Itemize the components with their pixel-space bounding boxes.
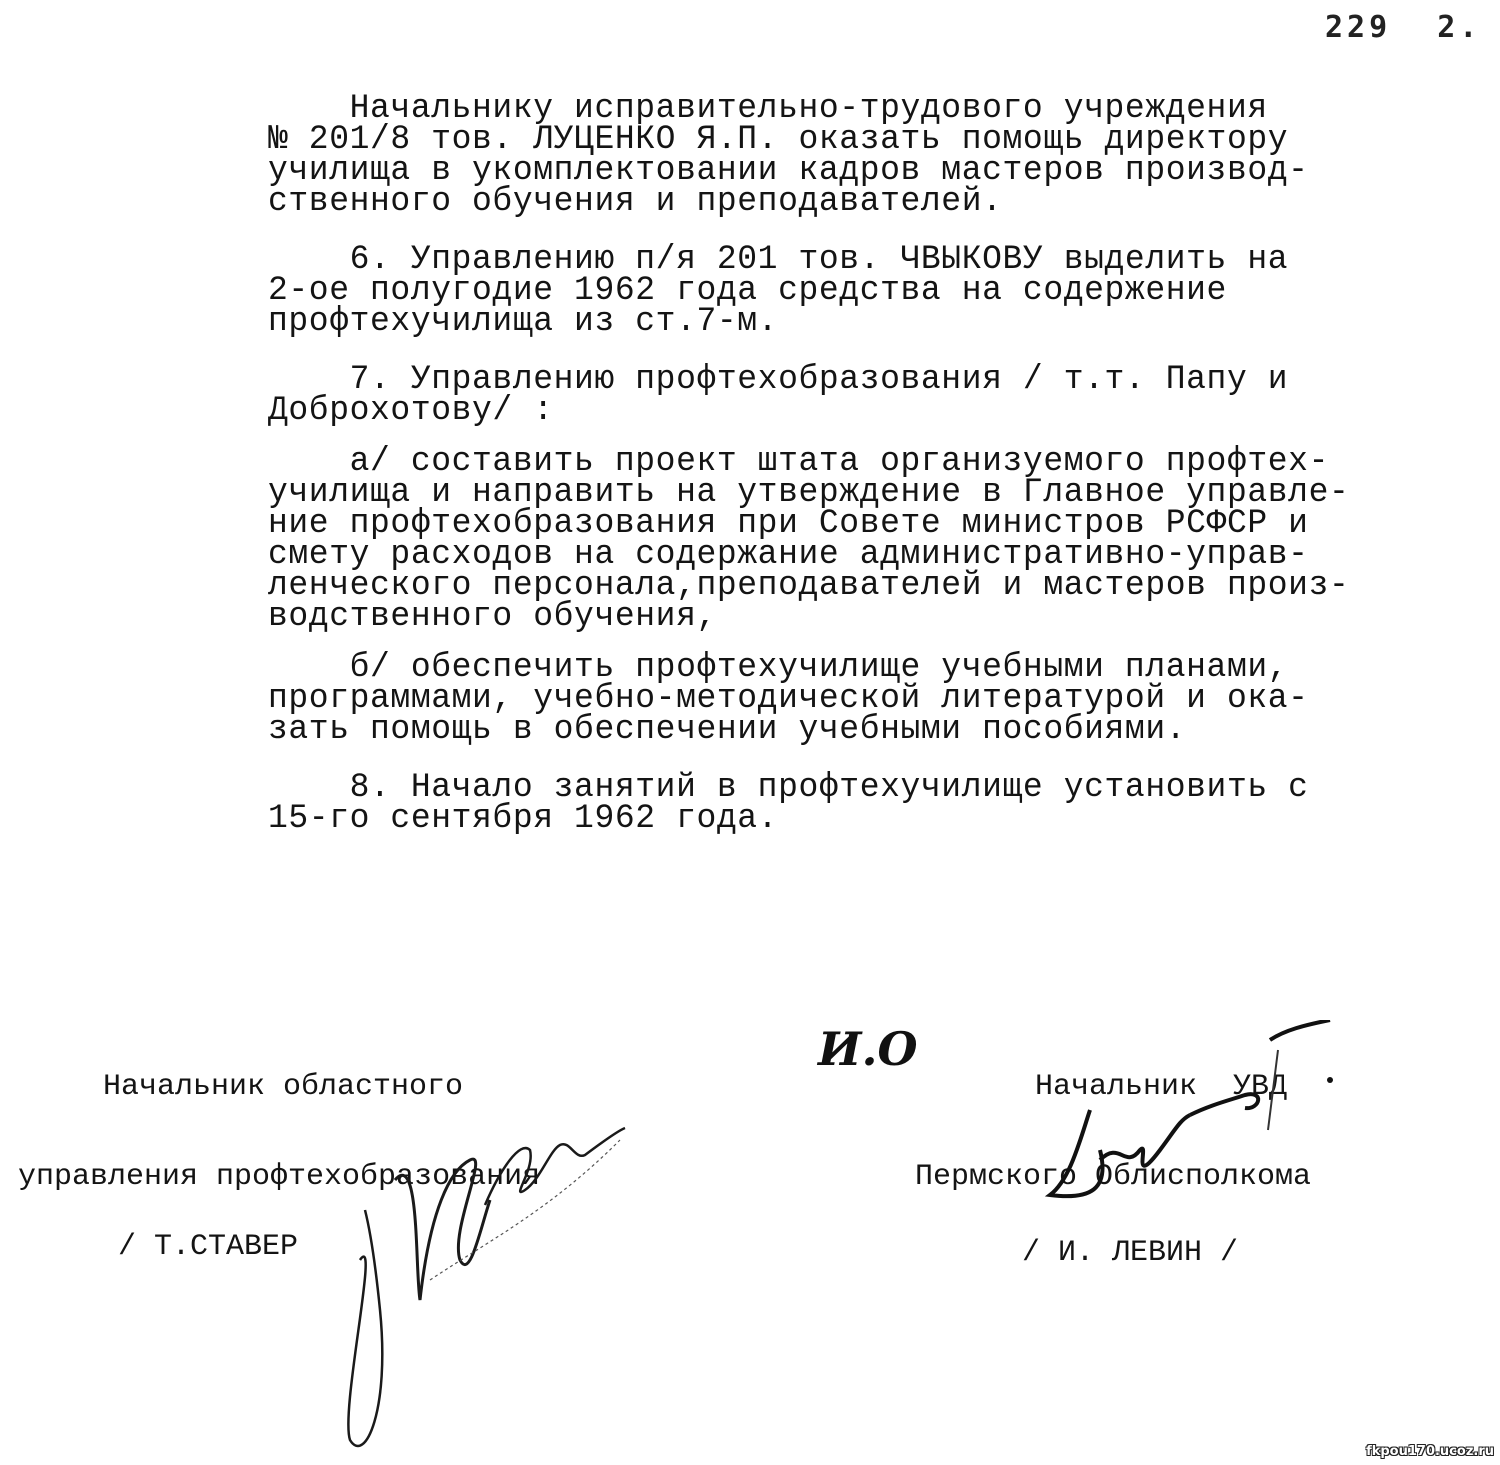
left-signatory-name: / Т.СТАВЕР: [118, 1230, 298, 1264]
text-line: 15-го сентября 1962 года.: [268, 802, 1438, 835]
text-line: Доброхотову/ :: [268, 394, 1438, 427]
paragraph-8: 8. Начало занятий в профтехучилище устан…: [268, 771, 1438, 833]
left-title-line: управления профтехобразования: [18, 1162, 540, 1192]
website-watermark: fkpou170.ucoz.ru: [1366, 1444, 1494, 1459]
right-title-line: Пермского Облисполкома: [915, 1162, 1311, 1192]
page-number-sub: 2.: [1437, 10, 1481, 45]
text-line: профтехучилища из ст.7-м.: [268, 305, 1438, 338]
text-line: зать помощь в обеспечении учебными пособ…: [268, 713, 1438, 746]
paragraph-7b: б/ обеспечить профтехучилище учебными пл…: [268, 651, 1438, 744]
paragraph-7a: а/ составить проект штата организуемого …: [268, 445, 1438, 631]
left-title-line: Начальник областного: [18, 1072, 540, 1102]
left-signatory-title: Начальник областного управления профтехо…: [18, 1012, 540, 1222]
right-signatory-title: Начальник УВД Пермского Облисполкома: [915, 1012, 1311, 1222]
text-line: ственного обучения и преподавателей.: [268, 185, 1438, 218]
page-number: 2292.: [1325, 10, 1481, 45]
paragraph-7: 7. Управлению профтехобразования / т.т. …: [268, 363, 1438, 425]
paragraph-6: 6. Управлению п/я 201 тов. ЧВЫКОВУ выдел…: [268, 243, 1438, 336]
right-signatory-name: / И. ЛЕВИН /: [1022, 1236, 1238, 1270]
right-title-line: Начальник УВД: [915, 1072, 1311, 1102]
acting-mark: И.О: [818, 1022, 918, 1076]
document-body: Начальнику исправительно-трудового учреж…: [268, 92, 1438, 860]
page-number-main: 229: [1325, 10, 1391, 45]
paragraph-5-continued: Начальнику исправительно-трудового учреж…: [268, 92, 1438, 216]
text-line: водственного обучения,: [268, 600, 1438, 633]
